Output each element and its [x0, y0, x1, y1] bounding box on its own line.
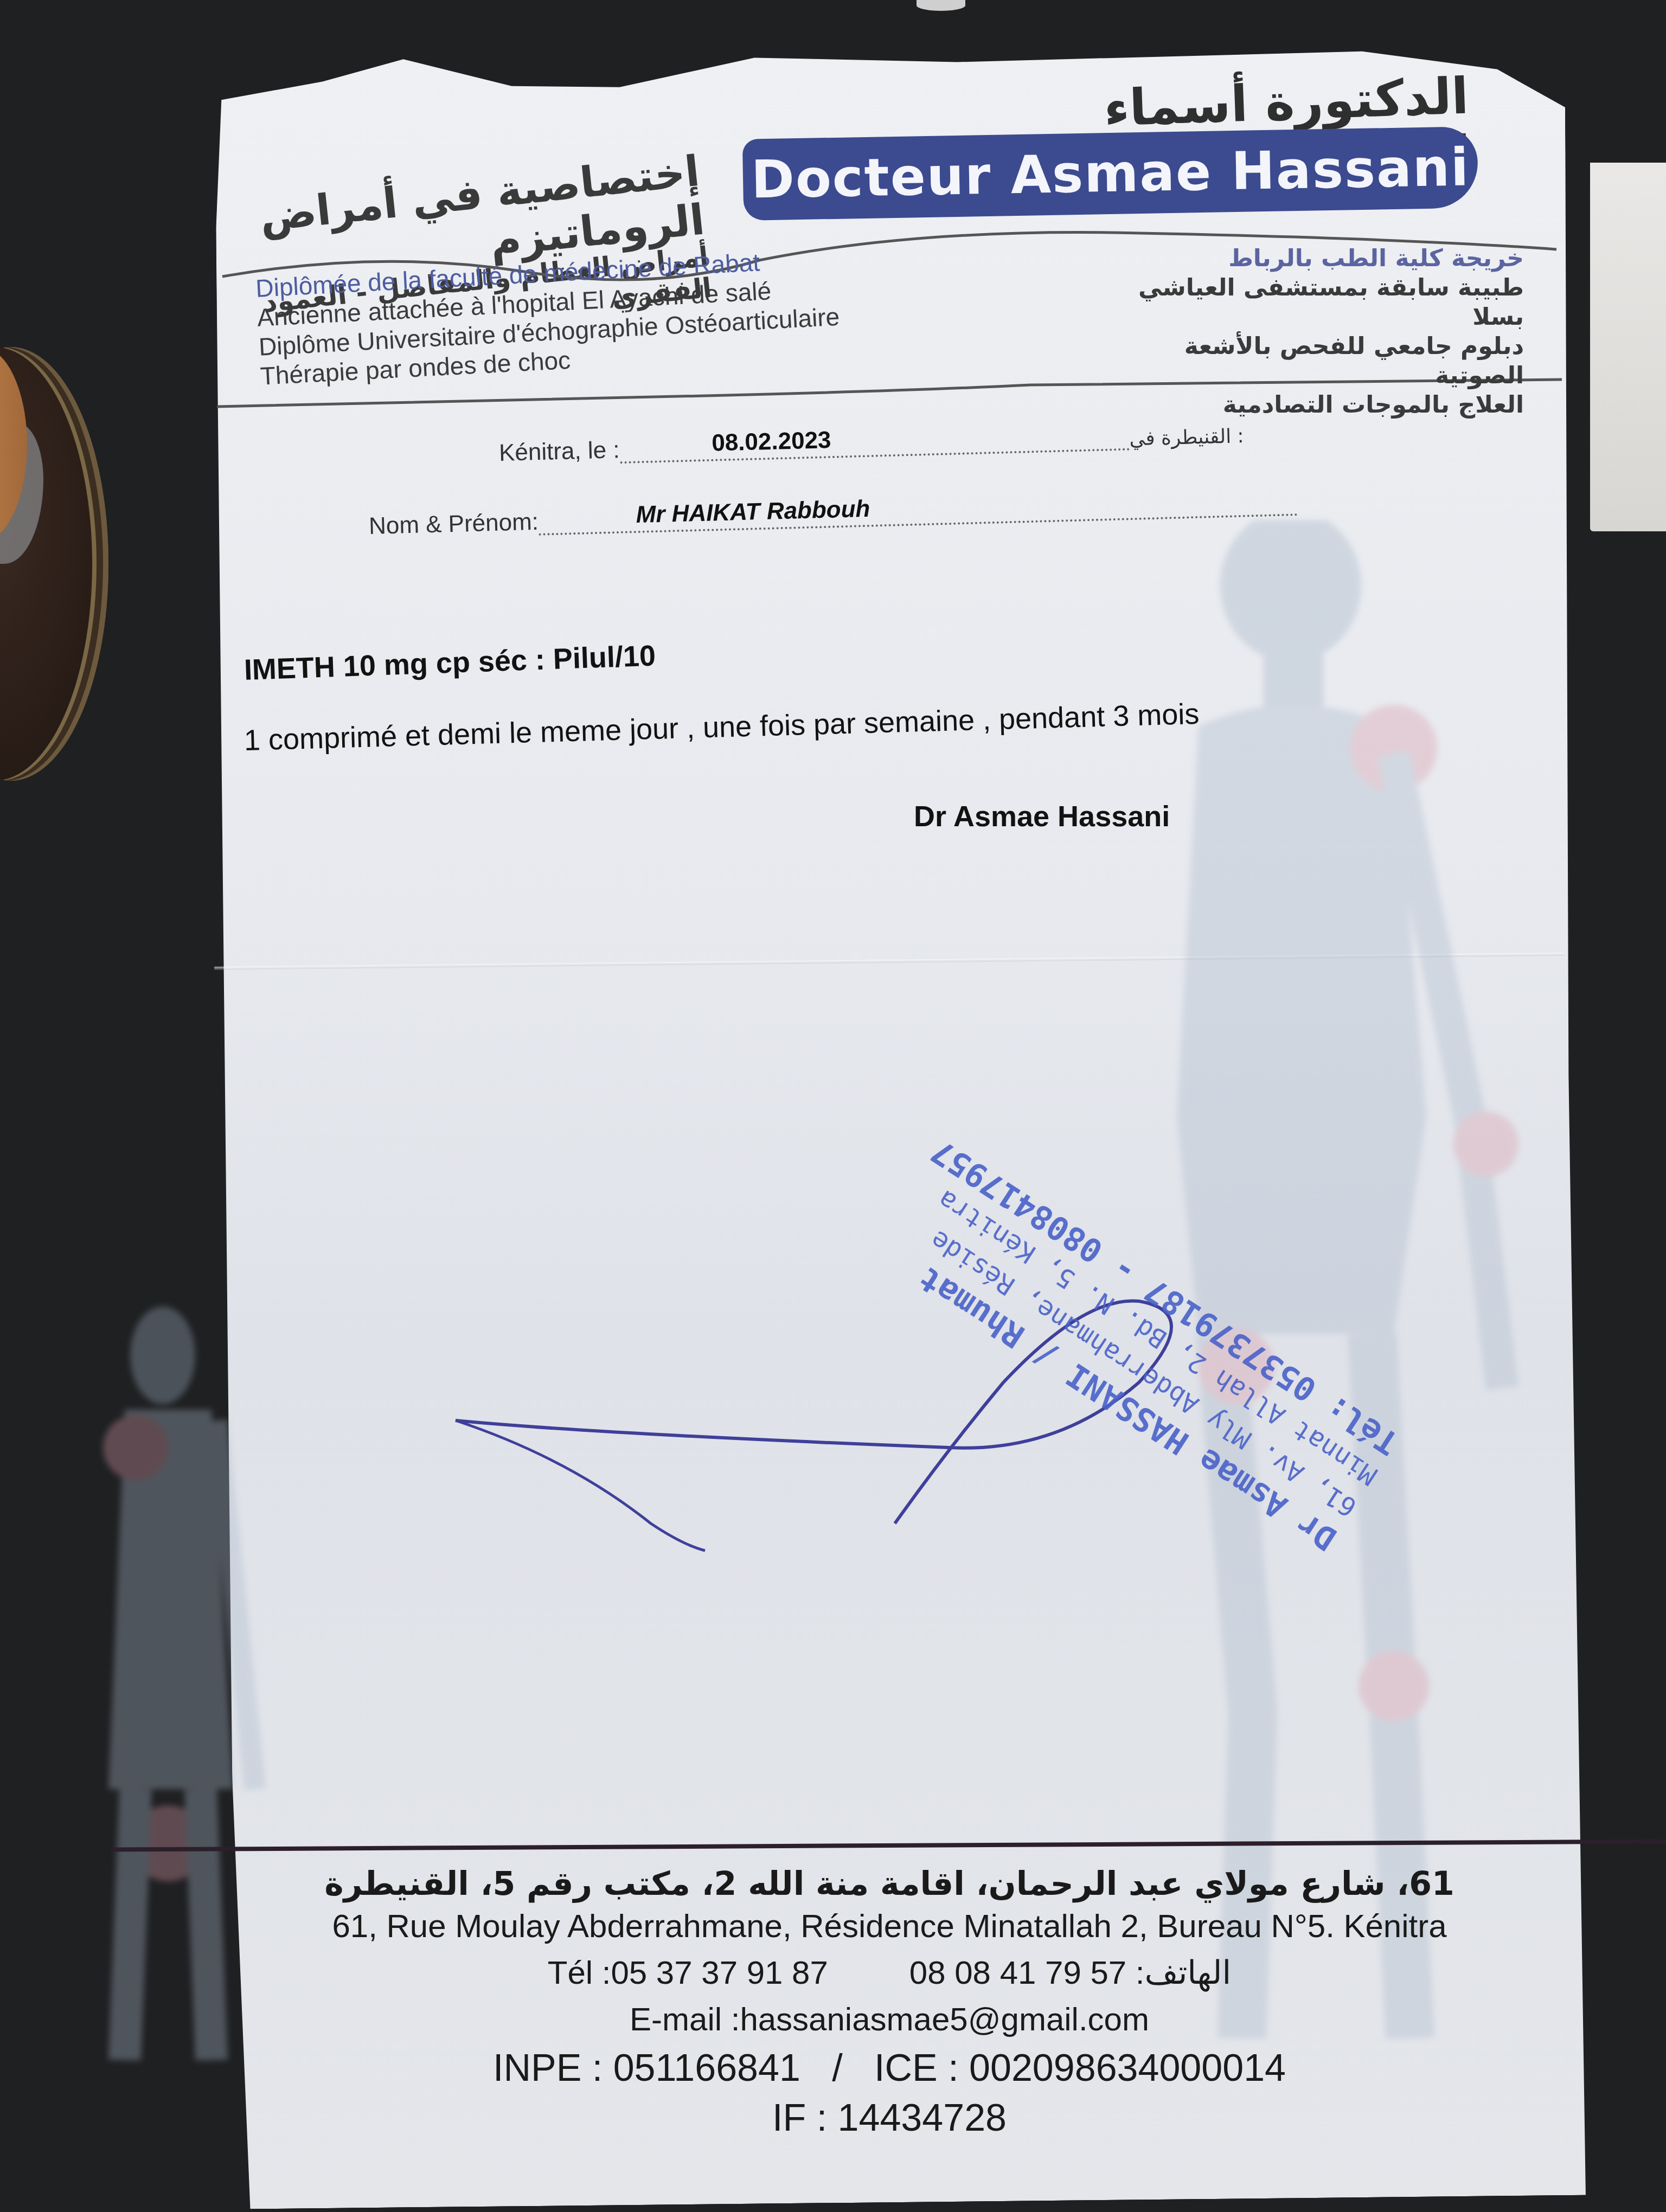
- address-arabic: 61، شارع مولاي عبد الرحمان، اقامة منة ال…: [111, 1865, 1666, 1903]
- date-label-arabic: : القنيطرة في: [1129, 425, 1244, 451]
- credential-line: دبلوم جامعي للفحص بالأشعة الصوتية: [1101, 332, 1524, 390]
- footer: 61، شارع مولاي عبد الرحمان، اقامة منة ال…: [111, 1865, 1666, 2143]
- patient-name-label: Nom & Prénom:: [368, 509, 539, 540]
- phone-row: Tél :05 37 37 91 87 08 08 41 79 57 :الها…: [111, 1950, 1666, 1996]
- date-line: 08.02.2023: [619, 420, 1130, 464]
- patient-name-field: Nom & Prénom: Mr HAIKAT Rabbouh: [368, 485, 1298, 540]
- phone-landline: Tél :05 37 37 91 87: [548, 1950, 828, 1996]
- doctor-name-banner: Docteur Asmae Hassani: [742, 126, 1478, 221]
- credential-line: العلاج بالموجات التصادمية: [1101, 390, 1524, 420]
- inpe-ice-ids: INPE : 051166841 / ICE : 002098634000014: [111, 2043, 1666, 2093]
- date-field: Kénitra, le : 08.02.2023 : القنيطرة في: [498, 417, 1244, 467]
- if-id: IF : 14434728: [111, 2093, 1666, 2143]
- patient-name-line: Mr HAIKAT Rabbouh: [538, 485, 1298, 536]
- date-value: 08.02.2023: [712, 427, 831, 457]
- footer-divider: [111, 1839, 1666, 1851]
- address-french: 61, Rue Moulay Abderrahmane, Résidence M…: [111, 1903, 1666, 1950]
- credential-line: خريجة كلية الطب بالرباط: [1101, 244, 1524, 273]
- prescribed-drug: IMETH 10 mg cp séc : Pilul/10: [244, 639, 656, 687]
- prescriber-name: Dr Asmae Hassani: [914, 800, 1170, 833]
- dosage-instructions: 1 comprimé et demi le meme jour , une fo…: [244, 697, 1200, 757]
- email: E-mail :hassaniasmae5@gmail.com: [111, 1996, 1666, 2043]
- patient-name-value: Mr HAIKAT Rabbouh: [636, 496, 870, 529]
- credential-line: طبيبة سابقة بمستشفى العياشي بسلا: [1101, 273, 1524, 332]
- credentials-arabic: خريجة كلية الطب بالرباط طبيبة سابقة بمست…: [1101, 244, 1524, 420]
- phone-mobile: 08 08 41 79 57 :الهاتف: [909, 1950, 1231, 1996]
- date-label: Kénitra, le :: [498, 436, 620, 467]
- doctor-name-french: Docteur Asmae Hassani: [751, 137, 1470, 210]
